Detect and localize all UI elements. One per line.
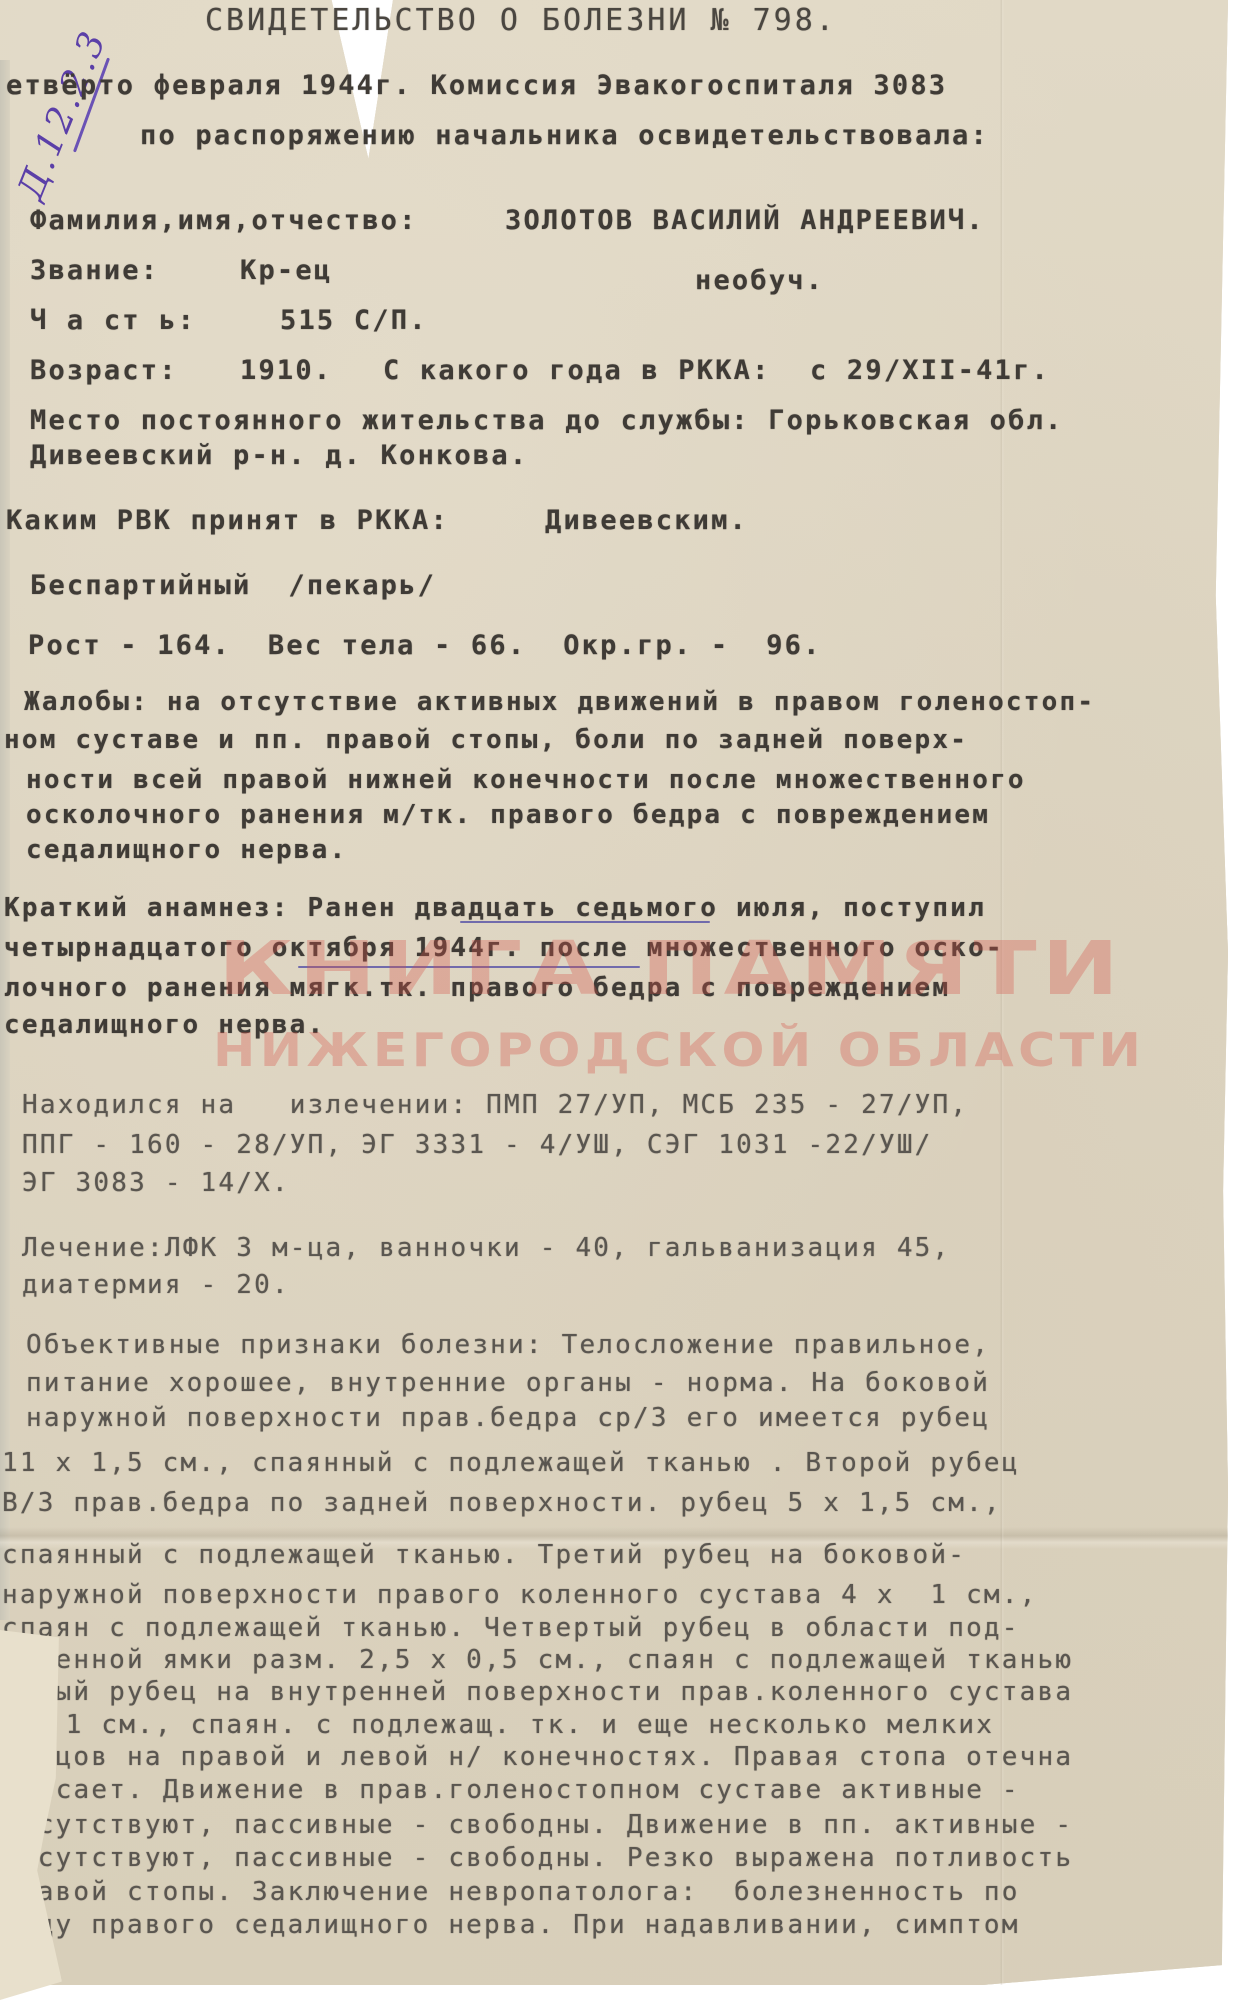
objective-line: Объективные признаки болезни: Телосложен… (26, 1330, 990, 1360)
objective-line: В/3 прав.бедра по задней поверхности. ру… (2, 1488, 1002, 1518)
complaints-line: ности всей правой нижней конечности посл… (26, 765, 1026, 795)
age-value: 1910. (240, 355, 332, 386)
residence-line-1: Место постоянного жительства до службы: … (30, 405, 1064, 436)
header-line-2: по распоряжению начальника освидетельств… (140, 120, 989, 151)
objective-line: 11 х 1,5 см., спаянный с подлежащей ткан… (2, 1448, 1020, 1478)
complaints-line: Жалобы: на отсутствие активных движений … (24, 687, 1095, 717)
objective-line: отсутствуют, пассивные - свободны. Движе… (2, 1810, 1073, 1840)
anamnesis-line: четырнадцатого октября 1944г. после множ… (4, 933, 1004, 963)
objective-line: наружной поверхности правого коленного с… (2, 1580, 1038, 1610)
objective-line: отсутствуют, пассивные - свободны. Резко… (2, 1843, 1073, 1873)
measurements: Рост - 164. Вес тела - 66. Окр.гр. - 96. (28, 630, 822, 661)
treatment-line: диатермия - 20. (22, 1270, 290, 1300)
objective-line: ходу правого седалищного нерва. При нада… (2, 1910, 1020, 1940)
objective-line: Пятый рубец на внутренней поверхности пр… (2, 1677, 1073, 1707)
objective-line: рубцов на правой и левой н/ конечностях.… (2, 1742, 1073, 1772)
objective-line: спаянный с подлежащей тканью. Третий руб… (2, 1540, 966, 1570)
paper-edge-strip (0, 60, 10, 1620)
treatment-places-line: ЭГ 3083 - 14/Х. (22, 1168, 290, 1198)
age-label: Возраст: (30, 355, 178, 386)
objective-line: наружной поверхности прав.бедра ср/3 его… (26, 1403, 990, 1433)
rank-label: Звание: (30, 255, 159, 286)
complaints-line: седалищного нерва. (26, 835, 347, 865)
party-profession: Беспартийный /пекарь/ (30, 570, 436, 601)
unit-label: Ч а ст ь: (30, 305, 196, 336)
residence-line-2: Дивеевский р-н. д. Конкова. (30, 440, 528, 471)
treatment-places-line: Находился на излечении: ПМП 27/УП, МСБ 2… (22, 1090, 968, 1120)
complaints-line: ном суставе и пп. правой стопы, боли по … (4, 725, 968, 755)
fio-value: ЗОЛОТОВ ВАСИЛИЙ АНДРЕЕВИЧ. (505, 205, 985, 236)
document-title: СВИДЕТЕЛЬСТВО О БОЛЕЗНИ № 798. (205, 3, 837, 38)
treatment-line: Лечение:ЛФК 3 м-ца, ванночки - 40, гальв… (22, 1233, 950, 1263)
unit-value: 515 С/П. (280, 305, 428, 336)
objective-line: спаян с подлежащей тканью. Четвертый руб… (2, 1613, 1020, 1643)
pen-underline (460, 921, 710, 923)
objective-line: питание хорошее, внутренние органы - нор… (26, 1368, 990, 1398)
rvk-value: Дивеевским. (545, 505, 748, 536)
treatment-places-line: ППГ - 160 - 28/УП, ЭГ 3331 - 4/УШ, СЭГ 1… (22, 1130, 933, 1160)
objective-line: правой стопы. Заключение невропатолога: … (2, 1877, 1020, 1907)
fio-label: Фамилия,имя,отчество: (30, 205, 418, 236)
since-label: С какого года в РККА: (383, 355, 771, 386)
pen-underline (298, 966, 640, 968)
anamnesis-line: седалищного нерва. (4, 1010, 325, 1040)
anamnesis-line: Краткий анамнез: Ранен двадцать седьмого… (4, 893, 986, 923)
objective-line: коленной ямки разм. 2,5 х 0,5 см., спаян… (2, 1645, 1073, 1675)
objective-line: х 1 см., спаян. с подлежащ. тк. и еще не… (30, 1710, 994, 1740)
objective-line: висает. Движение в прав.голеностопном су… (20, 1775, 1020, 1805)
header-line-1: етвёрто февраля 1944г. Комиссия Эвакогос… (6, 70, 947, 101)
since-value: с 29/XII-41г. (810, 355, 1050, 386)
rank-extra: необуч. (695, 265, 824, 296)
anamnesis-line: лочного ранения мягк.тк. правого бедра с… (4, 973, 950, 1003)
rvk-label: Каким РВК принят в РККА: (6, 505, 449, 536)
complaints-line: осколочного ранения м/тк. правого бедра … (26, 800, 990, 830)
rank-value: Кр-ец (240, 255, 332, 286)
